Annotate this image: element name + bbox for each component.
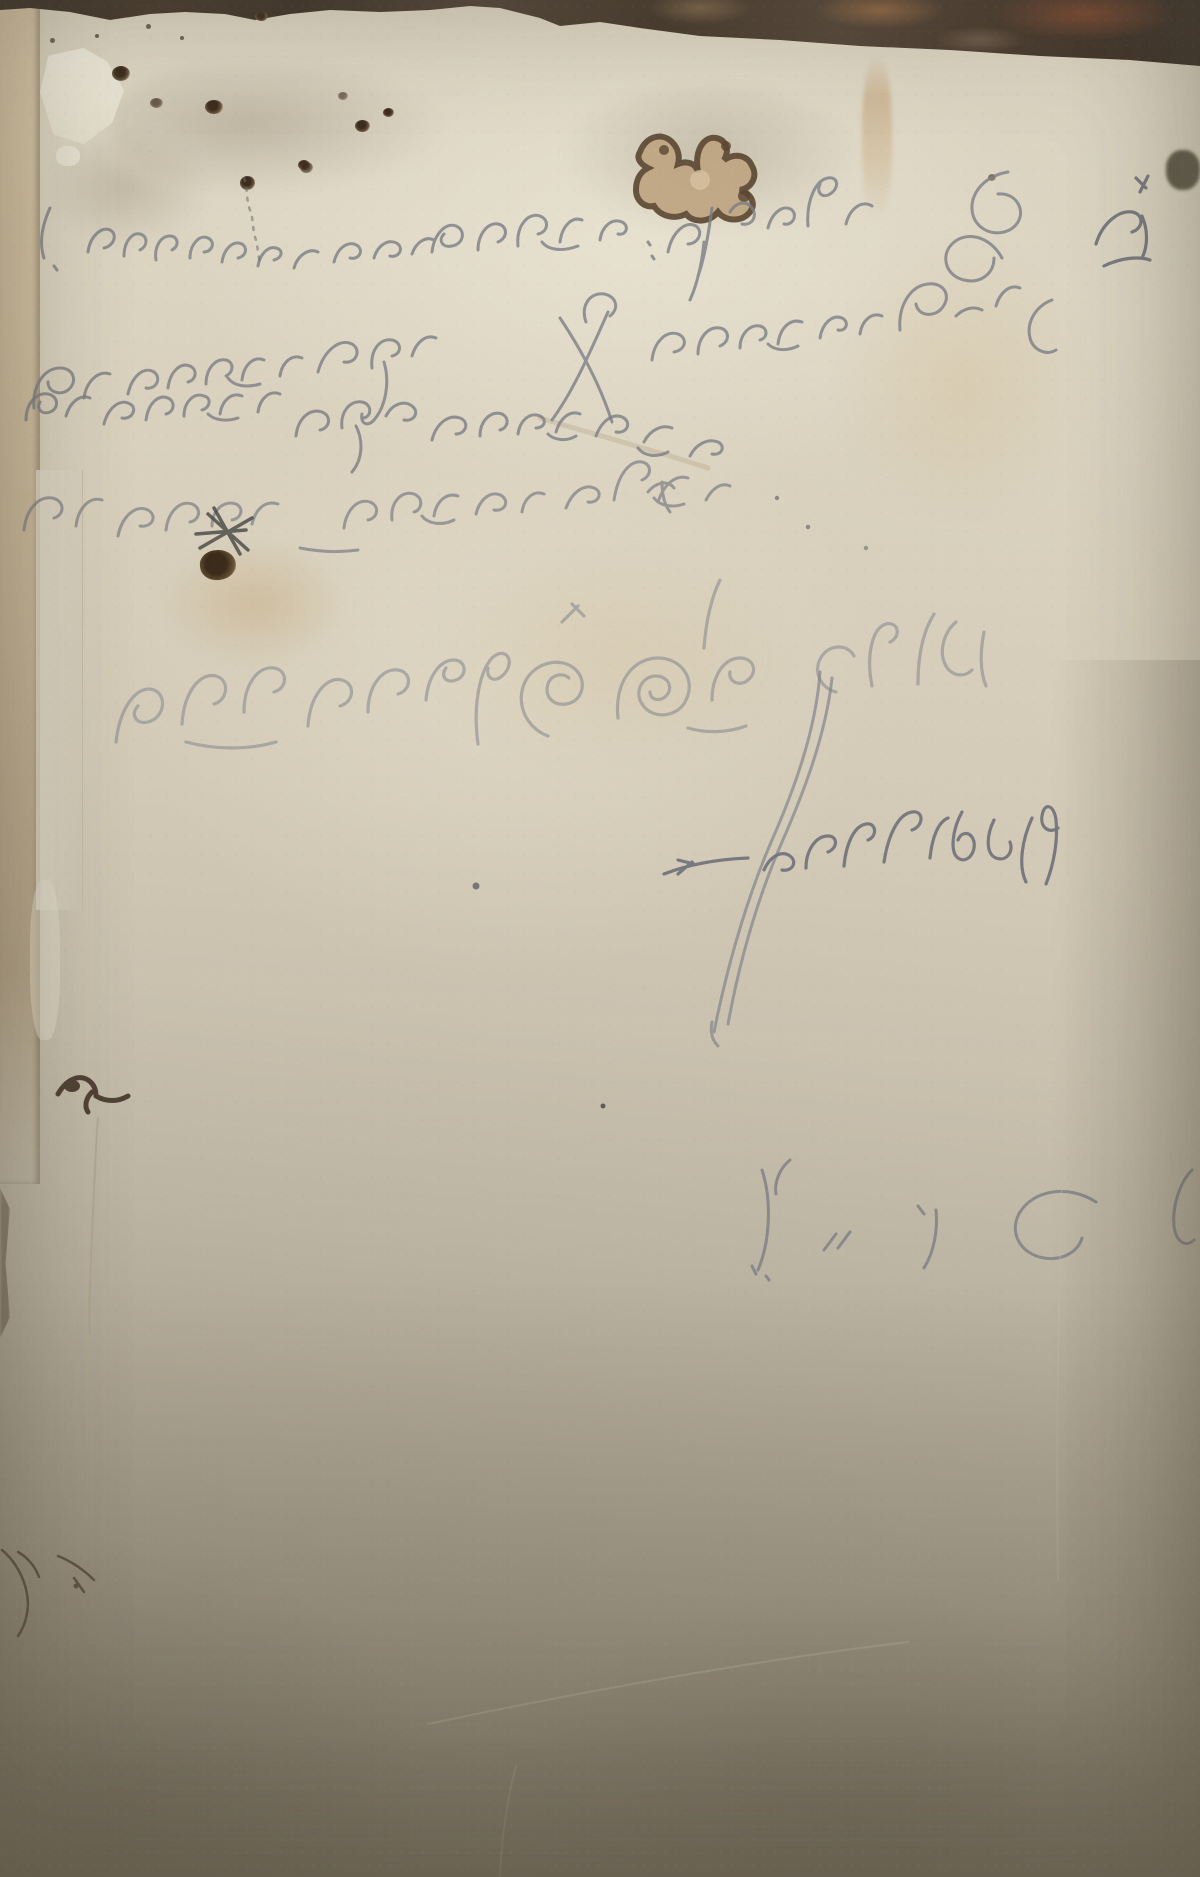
photo-frame [0,0,1200,1877]
bottom-inscription [752,1160,1194,1280]
handwriting-line-3 [26,393,722,472]
fold-shadow-line [540,418,708,468]
dark-scribble [196,508,252,554]
crease-lines [428,1180,1062,1876]
handwriting-line-1-right-fragment [1096,176,1150,266]
vertical-crease-left [89,1118,98,1334]
pencil-dots [473,496,869,1109]
tear-lines-bottom-left [2,1550,94,1636]
signature-flourish [664,807,1058,884]
ink-stain-blotch [636,137,754,221]
stains-and-writing-layer [0,0,1200,1877]
dark-check-mark [58,1078,128,1112]
handwriting-line-1 [42,172,1021,300]
handwriting-line-5 [116,580,986,748]
handwriting-line-4 [24,462,730,552]
